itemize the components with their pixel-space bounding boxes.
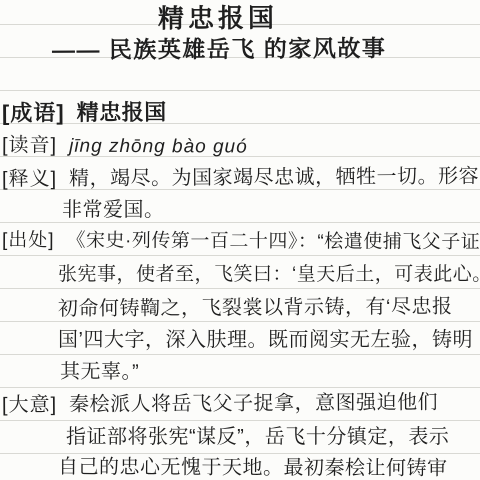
entry-label-dayi: [大意] [2,394,57,417]
page-title: 精忠报国 [158,4,278,35]
entry-text-dayi-3: 自己的忠心无愧于天地。最初秦桧让何铸审 [58,456,448,480]
entry-dayi-line2: 指证部将张宪“谋反”，岳飞十分镇定，表示 [66,426,449,449]
entry-duyin: [读音] jīng zhōng bào guó [2,134,248,158]
entry-chengyu: [成语] 精忠报国 [2,99,167,125]
subtitle-text: —— 民族英雄岳飞 的家风故事 [52,35,386,63]
title-text: 精忠报国 [158,4,278,35]
entry-text-dayi-1: 秦桧派人将岳飞父子捉拿，意图强迫他们 [69,392,438,417]
entry-text-dayi-2: 指证部将张宪“谋反”，岳飞十分镇定，表示 [66,426,449,449]
entry-chuchu-line5: 其无辜。” [60,361,139,384]
entry-chuchu-line2: 张宪事，使者至，飞笑曰：‘皇天后土，可表此心。’ [58,264,480,286]
entry-text-chuchu-4: 国’四大字，深入肤理。既而阅实无左验，铸明 [58,329,473,352]
notebook-page: 精忠报国 —— 民族英雄岳飞 的家风故事 [成语] 精忠报国 [读音] jīng… [0,0,480,480]
page-subtitle: —— 民族英雄岳飞 的家风故事 [52,35,386,63]
entry-shiyi-line1: [释义] 精，竭尽。为国家竭尽忠诚，牺牲一切。形容 [2,166,479,192]
entry-text-pinyin: jīng zhōng bào guó [69,136,248,159]
entry-shiyi-line2: 非常爱国。 [62,199,165,222]
entry-dayi-line1: [大意] 秦桧派人将岳飞父子捉拿，意图强迫他们 [2,392,438,418]
entry-text-chuchu-3: 初命何铸鞫之，飞裂裳以背示铸，有‘尽忠报 [58,296,453,321]
entry-text-chuchu-1: 《宋史·列传第一百二十四》：“桧遣使捕飞父子证 [67,230,480,254]
entry-label-chengyu: [成语] [2,100,65,126]
entry-text-chengyu: 精忠报国 [77,99,167,125]
entry-text-chuchu-5: 其无辜。” [60,361,139,384]
entry-text-chuchu-2: 张宪事，使者至，飞笑曰：‘皇天后土，可表此心。’ [58,264,480,286]
entry-chuchu-line1: [出处] 《宋史·列传第一百二十四》：“桧遣使捕飞父子证 [2,230,480,254]
entry-label-duyin: [读音] [2,134,57,157]
entry-text-shiyi-2: 非常爱国。 [62,199,165,222]
entry-text-shiyi-1: 精，竭尽。为国家竭尽忠诚，牺牲一切。形容 [69,166,479,192]
entry-label-chuchu: [出处] [2,230,55,252]
entry-label-shiyi: [释义] [2,168,57,191]
entry-dayi-line3: 自己的忠心无愧于天地。最初秦桧让何铸审 [58,456,448,480]
entry-chuchu-line3: 初命何铸鞫之，飞裂裳以背示铸，有‘尽忠报 [58,296,453,321]
entry-chuchu-line4: 国’四大字，深入肤理。既而阅实无左验，铸明 [58,329,473,352]
